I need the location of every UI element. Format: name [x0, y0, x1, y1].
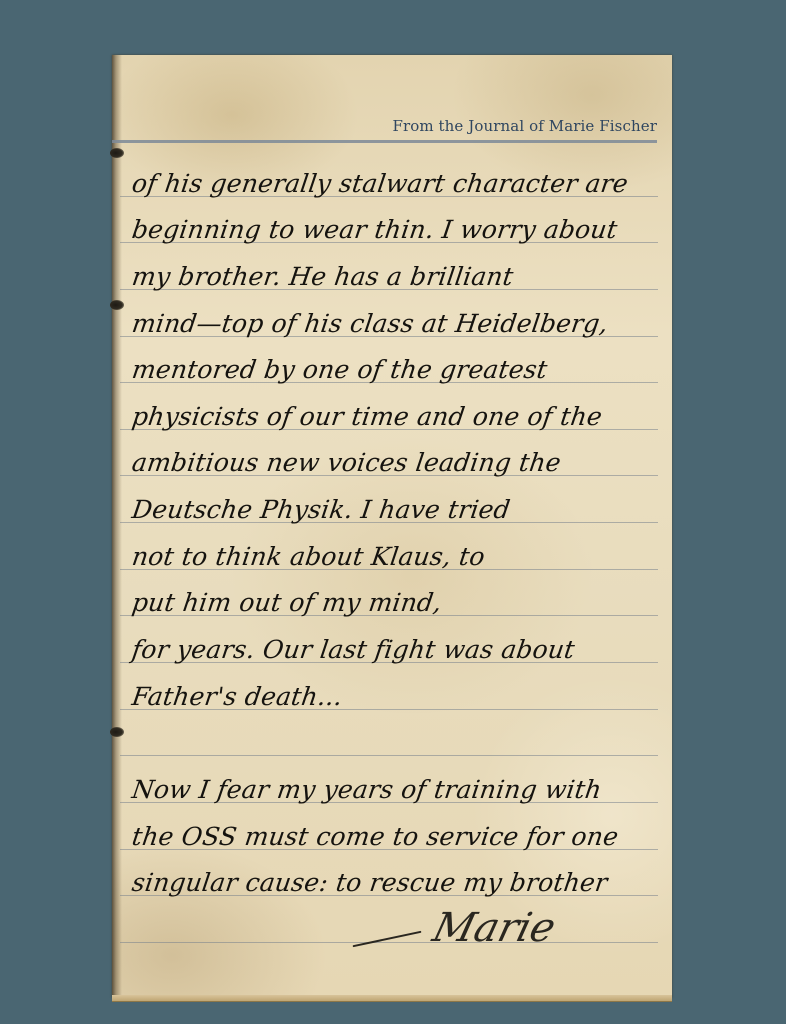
journal-line: of his generally stalwart character are: [130, 169, 656, 199]
journal-page: From the Journal of Marie Fischer of his…: [112, 55, 672, 998]
journal-line: Father's death...: [130, 682, 656, 712]
signature: Marie: [428, 905, 560, 951]
journal-line: put him out of my mind,: [130, 588, 656, 618]
journal-line: beginning to wear thin. I worry about: [130, 215, 656, 245]
journal-line: mind—top of his class at Heidelberg,: [130, 309, 656, 339]
ruled-line: [120, 942, 658, 943]
journal-line: singular cause: to rescue my brother: [130, 868, 656, 898]
journal-line: physicists of our time and one of the: [130, 402, 656, 432]
journal-line: ambitious new voices leading the: [130, 448, 656, 478]
journal-header: From the Journal of Marie Fischer: [112, 117, 657, 135]
journal-line: the OSS must come to service for one: [130, 822, 656, 852]
header-rule: [112, 140, 657, 143]
binding-hole: [110, 148, 124, 158]
journal-line: for years. Our last fight was about: [130, 635, 656, 665]
journal-line: Deutsche Physik. I have tried: [130, 495, 656, 525]
journal-line: not to think about Klaus, to: [130, 542, 656, 572]
binding-hole: [110, 727, 124, 737]
ruled-line: [120, 755, 658, 756]
journal-line: my brother. He has a brilliant: [130, 262, 656, 292]
journal-line: mentored by one of the greatest: [130, 355, 656, 385]
journal-line: Now I fear my years of training with: [130, 775, 656, 805]
binding-hole: [110, 300, 124, 310]
signature-dash: [353, 931, 422, 948]
